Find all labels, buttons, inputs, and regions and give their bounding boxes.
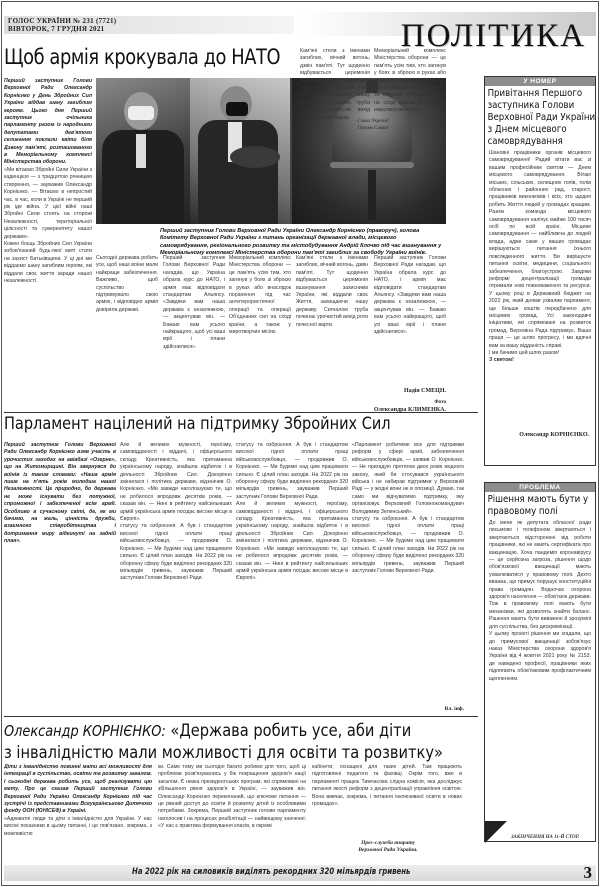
continued-link[interactable]: ЗАКІНЧЕННЯ НА 11-Й СТОР. [511, 835, 579, 841]
box-body: До мене як депутата обласної ради письмо… [489, 520, 591, 631]
article3-headline: Олександр КОРНІЄНКО: «Держава робить усе… [4, 720, 443, 764]
article1-lead: Перший заступник Голови Верховної Ради О… [4, 78, 92, 167]
article1-column-5: Кам'яні стели з іменами загиблих, вічний… [300, 48, 370, 228]
article1-author: Надія СМЕЦН. [370, 388, 446, 394]
article1-headline: Щоб армія крокувала до НАТО [4, 45, 280, 69]
sidebar-box-problem: ПРОБЛЕМА Рішення мають бути у правовому … [484, 482, 596, 842]
footer-teaser: На 2022 рік на силовиків виділять рекорд… [132, 867, 410, 877]
box-body: Шановні працівники органів місцевого сам… [489, 150, 591, 350]
issue-number: ГОЛОС УКРАЇНИ № 231 (7721) [8, 17, 290, 25]
article2-column-2: Але й великих мужності, героїзму, самові… [120, 442, 232, 714]
section-rubric: ПОЛІТИКА [300, 12, 596, 36]
page-fold-icon [485, 821, 507, 843]
photo-credit-label: Фото [370, 400, 446, 405]
article1-body-1: «Ми вітаємо Збройні Сили України з каден… [4, 167, 92, 241]
photo-caption: Перший заступник Голови Верховної Ради У… [160, 228, 445, 258]
article2-column-1: Перший заступник Голови Верховної Ради О… [4, 442, 116, 714]
article2-source: Вл. інф. [390, 706, 464, 712]
masthead: ГОЛОС УКРАЇНИ № 231 (7721) ВІВТОРОК, 7 Г… [4, 16, 294, 34]
sidebar: У НОМЕР Привітання Першого заступника Го… [484, 80, 598, 860]
article1-body-1b: Кожен боєць Збройних Сил України зобов'я… [4, 241, 92, 285]
flowers [230, 146, 280, 168]
article2-column-3: статусу та озброєння. А був і стандартом… [236, 442, 348, 714]
footer-bar: На 2022 рік на силовиків виділять рекорд… [4, 865, 596, 881]
article3-source: Прес-служба апарату Верховної Ради Украї… [340, 840, 436, 854]
article1-column-7: Кам'яні стели з іменами загиблих, вічний… [296, 255, 368, 385]
face-mask-icon [128, 106, 154, 120]
article1-column-3: Перший заступник Голови Верховної Ради н… [163, 255, 225, 405]
page-number: 3 [584, 863, 593, 883]
divider [4, 412, 478, 413]
sidebar-box-greeting: У НОМЕР Привітання Першого заступника Го… [484, 76, 596, 466]
article1-column-8: Перший заступник Голови Верховної Ради н… [374, 255, 446, 385]
box-title: Рішення мають бути у правовому полі [485, 492, 599, 520]
article3-author: Олександр КОРНІЄНКО: [4, 722, 166, 740]
article2-column-4: «Парламент робитиме все для підтримки ре… [352, 442, 464, 706]
photo-person-left [96, 78, 190, 224]
box-header: У НОМЕР [485, 77, 595, 86]
article1-column-6: Меморіальний комплекс Міністерства оборо… [374, 48, 446, 228]
article3-column-2: ки. Саме тому ми сьогодні багато робимо … [158, 764, 306, 860]
face-mask-icon [226, 102, 248, 116]
issue-date: ВІВТОРОК, 7 ГРУДНЯ 2021 [8, 25, 290, 33]
divider [4, 716, 478, 717]
photo-person-right [190, 78, 290, 224]
box-title: Привітання Першого заступника Голови Вер… [485, 86, 599, 150]
article3-column-3: кабінети, оснащені для таких дітей. Там … [312, 764, 462, 834]
article1-column-4: Меморіальний комплекс Міністерства оборо… [229, 255, 291, 405]
article2-headline: Парламент націлений на підтримку Збройни… [4, 414, 391, 433]
article1-column-1: Перший заступник Голови Верховної Ради О… [4, 78, 92, 408]
article3-column-1: Діти з інвалідністю повинні мати всі мож… [4, 764, 152, 860]
box-header: ПРОБЛЕМА [485, 483, 595, 492]
box-signature: Олександр КОРНІЄНКО. [485, 430, 595, 440]
article1-column-2: Сьогодні держава робить усе, щоб наші во… [96, 255, 158, 405]
